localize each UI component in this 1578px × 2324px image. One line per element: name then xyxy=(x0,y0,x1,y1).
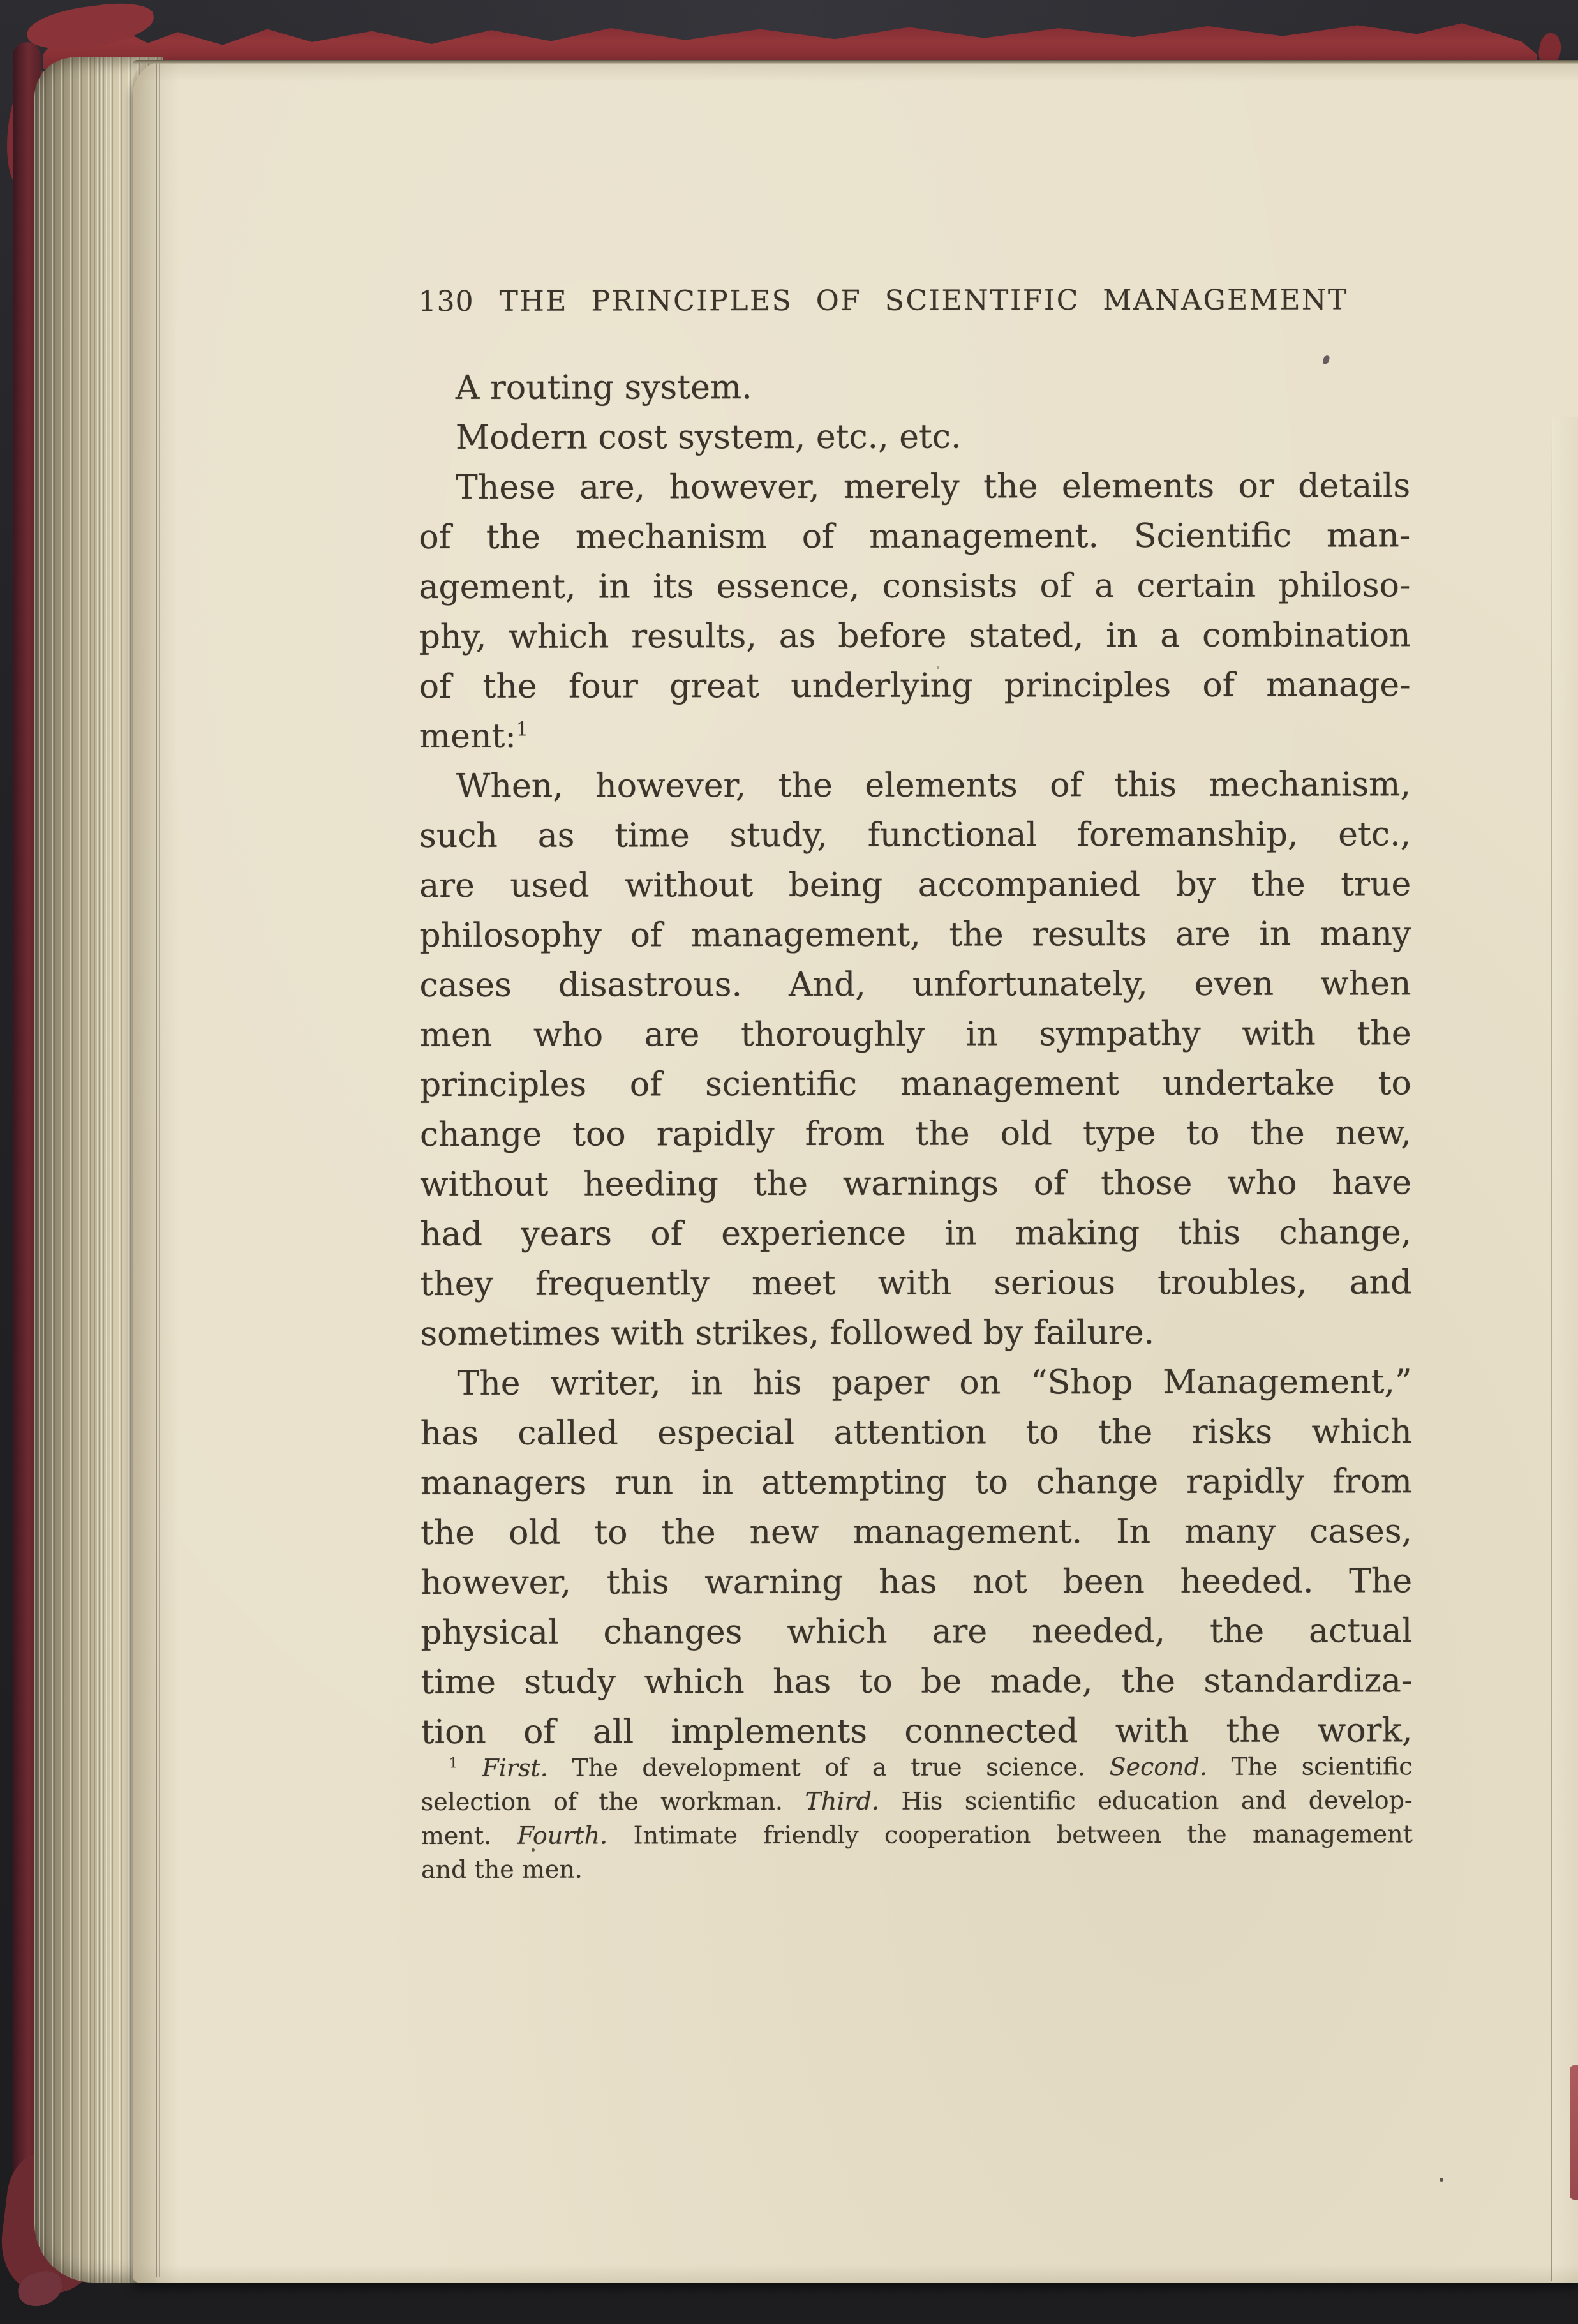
text-line: These are, however, merely the elements … xyxy=(419,461,1410,513)
text-line: of the mechanism of management. Scientif… xyxy=(419,511,1410,562)
text-line: philosophy of management, the results ar… xyxy=(419,909,1411,961)
text-line: selection of the workman. Third. His sci… xyxy=(421,1783,1413,1819)
running-head: 130 THE PRINCIPLES OF SCIENTIFIC MANAGEM… xyxy=(419,286,1414,320)
text-line: 1 First. The development of a true scien… xyxy=(421,1750,1413,1785)
footnote: 1 First. The development of a true scien… xyxy=(421,1750,1413,1887)
text-line: had years of experience in making this c… xyxy=(420,1208,1411,1259)
text-line: and the men. xyxy=(421,1851,1413,1887)
text-line: of the four great underlying principles … xyxy=(419,660,1411,712)
text-line: phy, which results, as before stated, in… xyxy=(419,610,1410,662)
text-line: are used without being accompanied by th… xyxy=(419,859,1411,911)
printed-text-layer: 130 THE PRINCIPLES OF SCIENTIFIC MANAGEM… xyxy=(0,0,1578,2324)
text-line: principles of scientific management unde… xyxy=(420,1058,1411,1110)
page-number: 130 xyxy=(419,288,474,316)
text-line: The writer, in his paper on “Shop Manage… xyxy=(421,1357,1412,1409)
text-line: without heeding the warnings of those wh… xyxy=(420,1158,1411,1210)
photographed-book-scene: 130 THE PRINCIPLES OF SCIENTIFIC MANAGEM… xyxy=(0,0,1578,2324)
text-line: sometimes with strikes, followed by fail… xyxy=(420,1307,1411,1359)
text-line: such as time study, functional foremansh… xyxy=(419,809,1411,861)
text-line: they frequently meet with serious troubl… xyxy=(420,1257,1411,1309)
text-line: Modern cost system, etc., etc. xyxy=(419,411,1410,463)
text-line: managers run in attempting to change rap… xyxy=(421,1457,1412,1508)
text-line: however, this warning has not been heede… xyxy=(421,1556,1412,1608)
text-line: ment:1 xyxy=(419,710,1411,761)
text-line: change too rapidly from the old type to … xyxy=(420,1108,1411,1160)
text-line: cases disastrous. And, unfortunately, ev… xyxy=(419,959,1411,1010)
text-line: men who are thoroughly in sympathy with … xyxy=(420,1008,1411,1060)
body-text: A routing system.Modern cost system, etc… xyxy=(419,361,1413,1757)
text-line: the old to the new management. In many c… xyxy=(421,1506,1412,1558)
text-line: agement, in its essence, consists of a c… xyxy=(419,560,1410,612)
text-line: A routing system. xyxy=(419,361,1410,413)
text-line: physical changes which are needed, the a… xyxy=(421,1606,1412,1658)
running-title: THE PRINCIPLES OF SCIENTIFIC MANAGEMENT xyxy=(500,286,1348,315)
text-line: has called especial attention to the ris… xyxy=(421,1407,1412,1458)
text-line: When, however, the elements of this mech… xyxy=(419,760,1411,811)
text-line: ment. Fourth. Intimate friendly cooperat… xyxy=(421,1817,1413,1853)
text-line: time study which has to be made, the sta… xyxy=(421,1656,1412,1707)
